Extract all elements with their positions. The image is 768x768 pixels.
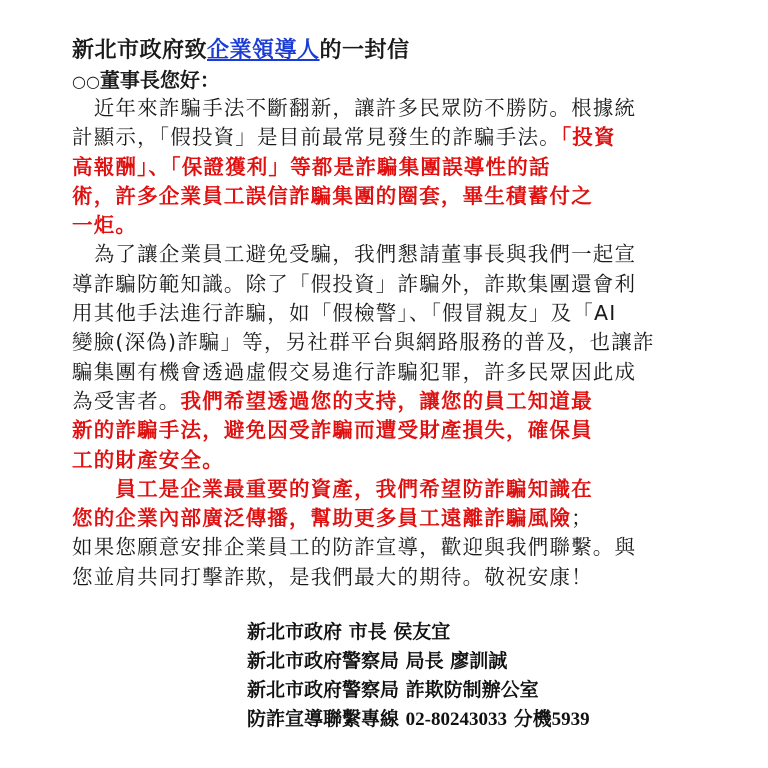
- emphasis-text: 工的財產安全。: [72, 448, 224, 472]
- letter-title: 新北市政府致企業領導人的一封信: [72, 36, 702, 66]
- body-line: 如果您願意安排企業員工的防詐宣導，歡迎與我們聯繫。與: [72, 533, 702, 562]
- body-text: 用其他手法進行詐騙，如「假檢警」、「假冒親友」及「AI: [72, 301, 616, 325]
- emphasis-text: 新的詐騙手法，避免因受詐騙而遭受財產損失，確保員: [72, 418, 593, 442]
- signature-hotline: 防詐宣導聯繫專線 02-80243033 分機5939: [247, 705, 590, 734]
- letter: 新北市政府致企業領導人的一封信 ○○董事長您好： 近年來詐騙手法不斷翻新，讓許多…: [72, 36, 702, 592]
- body-text: 為了讓企業員工避免受騙，我們懇請董事長與我們一起宣: [72, 242, 636, 266]
- body-line: 變臉(深偽)詐騙」等，另社群平台與網路服務的普及，也讓詐: [72, 328, 702, 357]
- letter-body: 近年來詐騙手法不斷翻新，讓許多民眾防不勝防。根據統計顯示，「假投資」是目前最常見…: [72, 94, 702, 592]
- title-suffix: 的一封信: [320, 38, 410, 63]
- hotline-ext: 5939: [552, 709, 590, 730]
- emphasis-text: 員工是企業最重要的資產，我們希望防詐騙知識在: [72, 477, 593, 501]
- body-line: 導詐騙防範知識。除了「假投資」詐騙外，詐欺集團還會利: [72, 270, 702, 299]
- signature-police-chief: 新北市政府警察局 局長 廖訓誠: [247, 647, 590, 676]
- hotline-ext-label: 分機: [507, 708, 552, 730]
- body-line: 用其他手法進行詐騙，如「假檢警」、「假冒親友」及「AI: [72, 299, 702, 328]
- body-text: 您並肩共同打擊詐欺，是我們最大的期待。敬祝安康！: [72, 565, 593, 589]
- body-text: 近年來詐騙手法不斷翻新，讓許多民眾防不勝防。根據統: [72, 96, 636, 120]
- body-line: 為了讓企業員工避免受騙，我們懇請董事長與我們一起宣: [72, 240, 702, 269]
- body-line: 您的企業內部廣泛傳播，幫助更多員工遠離詐騙風險；: [72, 504, 702, 533]
- body-text: 騙集團有機會透過虛假交易進行詐騙犯罪，許多民眾因此成: [72, 360, 636, 384]
- emphasis-text: 一炬。: [72, 213, 137, 237]
- body-line: 您並肩共同打擊詐欺，是我們最大的期待。敬祝安康！: [72, 563, 702, 592]
- body-text: 如果您願意安排企業員工的防詐宣導，歡迎與我們聯繫。與: [72, 535, 636, 559]
- body-line: 計顯示，「假投資」是目前最常見發生的詐騙手法。「投資: [72, 123, 702, 152]
- signature-block: 新北市政府 市長 侯友宜 新北市政府警察局 局長 廖訓誠 新北市政府警察局 詐欺…: [247, 618, 590, 734]
- body-line: 工的財產安全。: [72, 446, 702, 475]
- signature-mayor: 新北市政府 市長 侯友宜: [247, 618, 590, 647]
- hotline-label: 防詐宣導聯繫專線: [247, 708, 406, 730]
- body-line: 騙集團有機會透過虛假交易進行詐騙犯罪，許多民眾因此成: [72, 358, 702, 387]
- emphasis-text: 術，許多企業員工誤信詐騙集團的圈套，畢生積蓄付之: [72, 184, 593, 208]
- body-line: 術，許多企業員工誤信詐騙集團的圈套，畢生積蓄付之: [72, 182, 702, 211]
- body-line: 一炬。: [72, 211, 702, 240]
- greeting: ○○董事長您好：: [72, 66, 702, 94]
- greeting-text: 董事長您好：: [100, 68, 220, 92]
- body-text: 計顯示，「假投資」是目前最常見發生的詐騙手法。: [72, 125, 561, 149]
- hotline-phone[interactable]: 02-80243033: [406, 709, 507, 730]
- body-text: ；: [571, 506, 593, 530]
- body-line: 員工是企業最重要的資產，我們希望防詐騙知識在: [72, 475, 702, 504]
- body-text: 變臉(深偽)詐騙」等，另社群平台與網路服務的普及，也讓詐: [72, 330, 655, 354]
- body-line: 高報酬」、「保證獲利」等都是詐騙集團誤導性的話: [72, 153, 702, 182]
- greeting-placeholder-marks: ○○: [72, 72, 100, 91]
- body-line: 新的詐騙手法，避免因受詐騙而遭受財產損失，確保員: [72, 416, 702, 445]
- body-line: 為受害者。我們希望透過您的支持，讓您的員工知道最: [72, 387, 702, 416]
- emphasis-text: 我們希望透過您的支持，讓您的員工知道最: [181, 389, 593, 413]
- body-text: 導詐騙防範知識。除了「假投資」詐騙外，詐欺集團還會利: [72, 272, 636, 296]
- title-link[interactable]: 企業領導人: [207, 38, 320, 63]
- title-prefix: 新北市政府致: [72, 38, 207, 63]
- emphasis-text: 「投資: [561, 125, 616, 149]
- body-text: 為受害者。: [72, 389, 181, 413]
- signature-anti-fraud-office: 新北市政府警察局 詐欺防制辦公室: [247, 676, 590, 705]
- body-line: 近年來詐騙手法不斷翻新，讓許多民眾防不勝防。根據統: [72, 94, 702, 123]
- emphasis-text: 您的企業內部廣泛傳播，幫助更多員工遠離詐騙風險: [72, 506, 571, 530]
- emphasis-text: 高報酬」、「保證獲利」等都是詐騙集團誤導性的話: [72, 155, 551, 179]
